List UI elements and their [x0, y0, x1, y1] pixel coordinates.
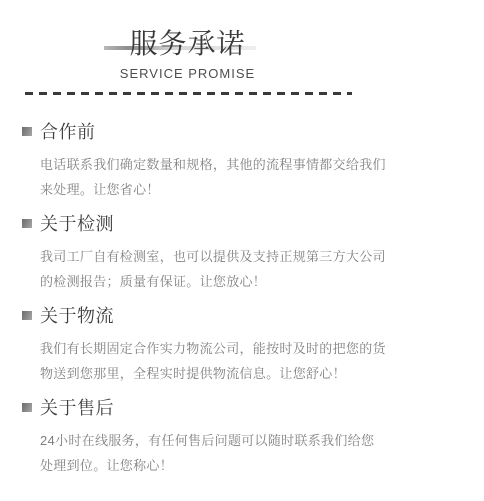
section-heading: 关于物流 [40, 304, 484, 328]
square-bullet-icon [22, 219, 32, 228]
section-about-logistics: 关于物流 我们有长期固定合作实力物流公司，能按时及时的把您的货 物送到您那里，全… [0, 304, 484, 386]
section-before-cooperation: 合作前 电话联系我们确定数量和规格，其他的流程事情都交给我们 来处理。让您省心！ [0, 120, 484, 202]
section-body: 我司工厂自有检测室，也可以提供及支持正规第三方大公司 的检测报告；质量有保证。让… [40, 244, 484, 294]
square-bullet-icon [22, 127, 32, 136]
service-promise-panel: 服务承诺 SERVICE PROMISE 合作前 电话联系我们确定数量和规格，其… [0, 0, 484, 501]
section-heading: 关于售后 [40, 396, 484, 420]
header: 服务承诺 SERVICE PROMISE [0, 0, 375, 83]
section-heading: 关于检测 [40, 212, 484, 236]
dashed-divider [25, 92, 352, 95]
section-body: 我们有长期固定合作实力物流公司，能按时及时的把您的货 物送到您那里，全程实时提供… [40, 336, 484, 386]
square-bullet-icon [22, 311, 32, 320]
section-about-testing: 关于检测 我司工厂自有检测室，也可以提供及支持正规第三方大公司 的检测报告；质量… [0, 212, 484, 294]
page-title: 服务承诺 [0, 0, 375, 63]
section-heading: 合作前 [40, 120, 484, 144]
square-bullet-icon [22, 403, 32, 412]
section-body: 24小时在线服务，有任何售后问题可以随时联系我们给您 处理到位。让您称心！ [40, 428, 484, 478]
section-after-sales: 关于售后 24小时在线服务，有任何售后问题可以随时联系我们给您 处理到位。让您称… [0, 396, 484, 478]
page-subtitle: SERVICE PROMISE [0, 65, 375, 83]
section-body: 电话联系我们确定数量和规格，其他的流程事情都交给我们 来处理。让您省心！ [40, 152, 484, 202]
